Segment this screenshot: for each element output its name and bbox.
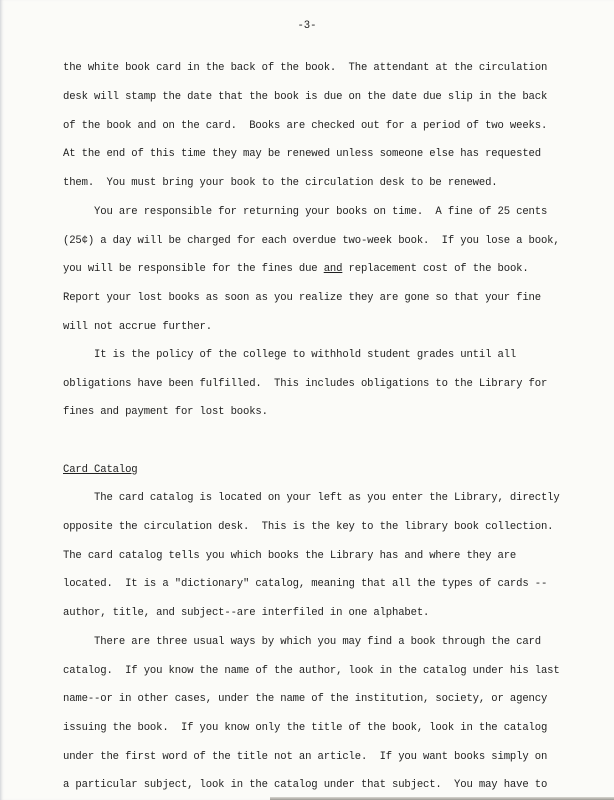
paragraph-line: located. It is a "dictionary" catalog, m… — [63, 578, 547, 591]
document-page: -3- the white book card in the back of t… — [0, 0, 614, 800]
paragraph-line: You are responsible for returning your b… — [63, 206, 547, 219]
paragraph-line: The card catalog tells you which books t… — [63, 550, 516, 563]
paragraph-line: name--or in other cases, under the name … — [63, 693, 547, 706]
paragraph-line: The card catalog is located on your left… — [63, 492, 560, 505]
paragraph-line: them. You must bring your book to the ci… — [63, 177, 498, 190]
paragraph-line: you will be responsible for the fines du… — [63, 263, 529, 276]
paragraph-line: (25¢) a day will be charged for each ove… — [63, 235, 560, 248]
paragraph-line: of the book and on the card. Books are c… — [63, 120, 547, 133]
line-text: you will be responsible for the fines du… — [63, 263, 324, 275]
underlined-emphasis: and — [324, 263, 343, 275]
paragraph-line: the white book card in the back of the b… — [63, 62, 547, 75]
page-number: -3- — [0, 20, 614, 32]
paragraph-line: desk will stamp the date that the book i… — [63, 91, 547, 104]
paragraph-line: There are three usual ways by which you … — [63, 636, 541, 649]
paragraph-line: a particular subject, look in the catalo… — [63, 779, 547, 792]
paragraph-line: will not accrue further. — [63, 321, 212, 334]
paragraph-line: author, title, and subject--are interfil… — [63, 607, 429, 620]
paragraph-line: fines and payment for lost books. — [63, 406, 268, 419]
paragraph-line: opposite the circulation desk. This is t… — [63, 521, 553, 534]
paragraph-line: catalog. If you know the name of the aut… — [63, 665, 560, 678]
paragraph-line: under the first word of the title not an… — [63, 751, 547, 764]
section-heading: Card Catalog — [63, 464, 138, 477]
paragraph-line: Report your lost books as soon as you re… — [63, 292, 541, 305]
paragraph-line: obligations have been fulfilled. This in… — [63, 378, 547, 391]
paragraph-line: It is the policy of the college to withh… — [63, 349, 516, 362]
paragraph-line: issuing the book. If you know only the t… — [63, 722, 547, 735]
line-text: replacement cost of the book. — [342, 263, 528, 275]
paragraph-line: At the end of this time they may be rene… — [63, 148, 541, 161]
